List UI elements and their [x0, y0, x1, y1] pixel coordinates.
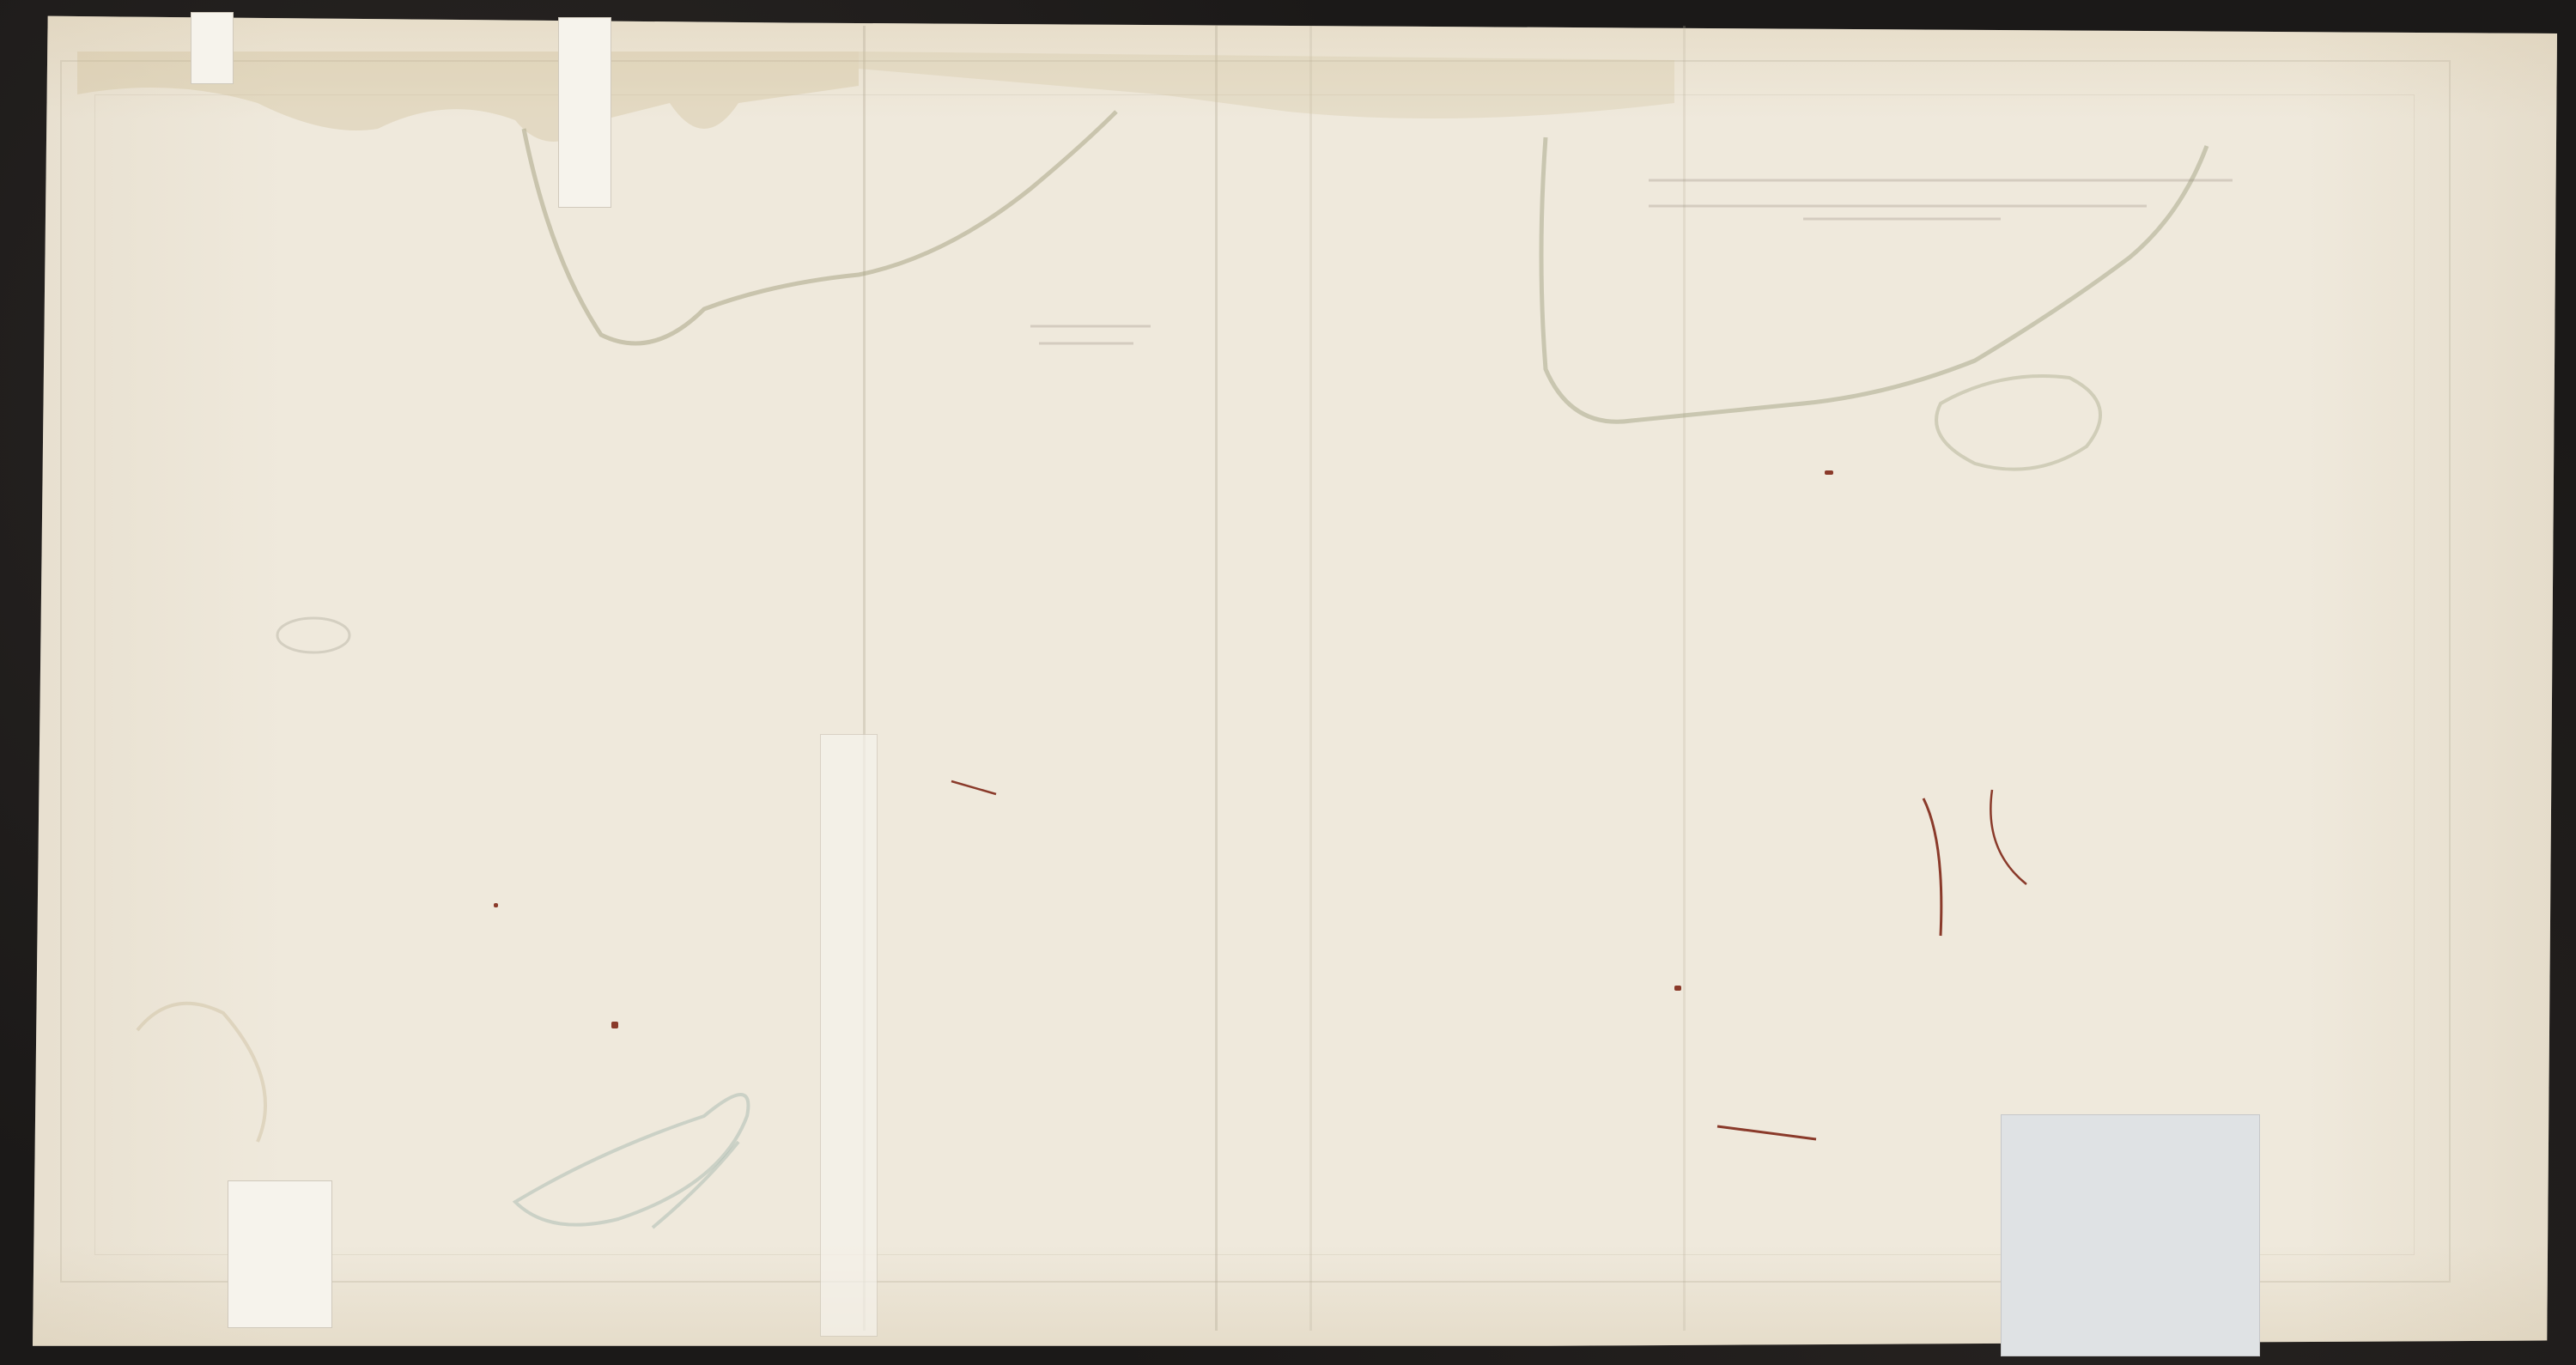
paper-repair-patch [2001, 1114, 2260, 1356]
foxing-spot [1825, 470, 1833, 475]
hinge-tape [820, 734, 878, 1337]
foxing-spot [494, 903, 498, 907]
hinge-tape [191, 12, 234, 84]
foxing-spot [611, 1022, 618, 1028]
hinge-tape [558, 17, 611, 208]
hinge-tape [228, 1180, 332, 1328]
foxing-spot [1674, 986, 1681, 991]
